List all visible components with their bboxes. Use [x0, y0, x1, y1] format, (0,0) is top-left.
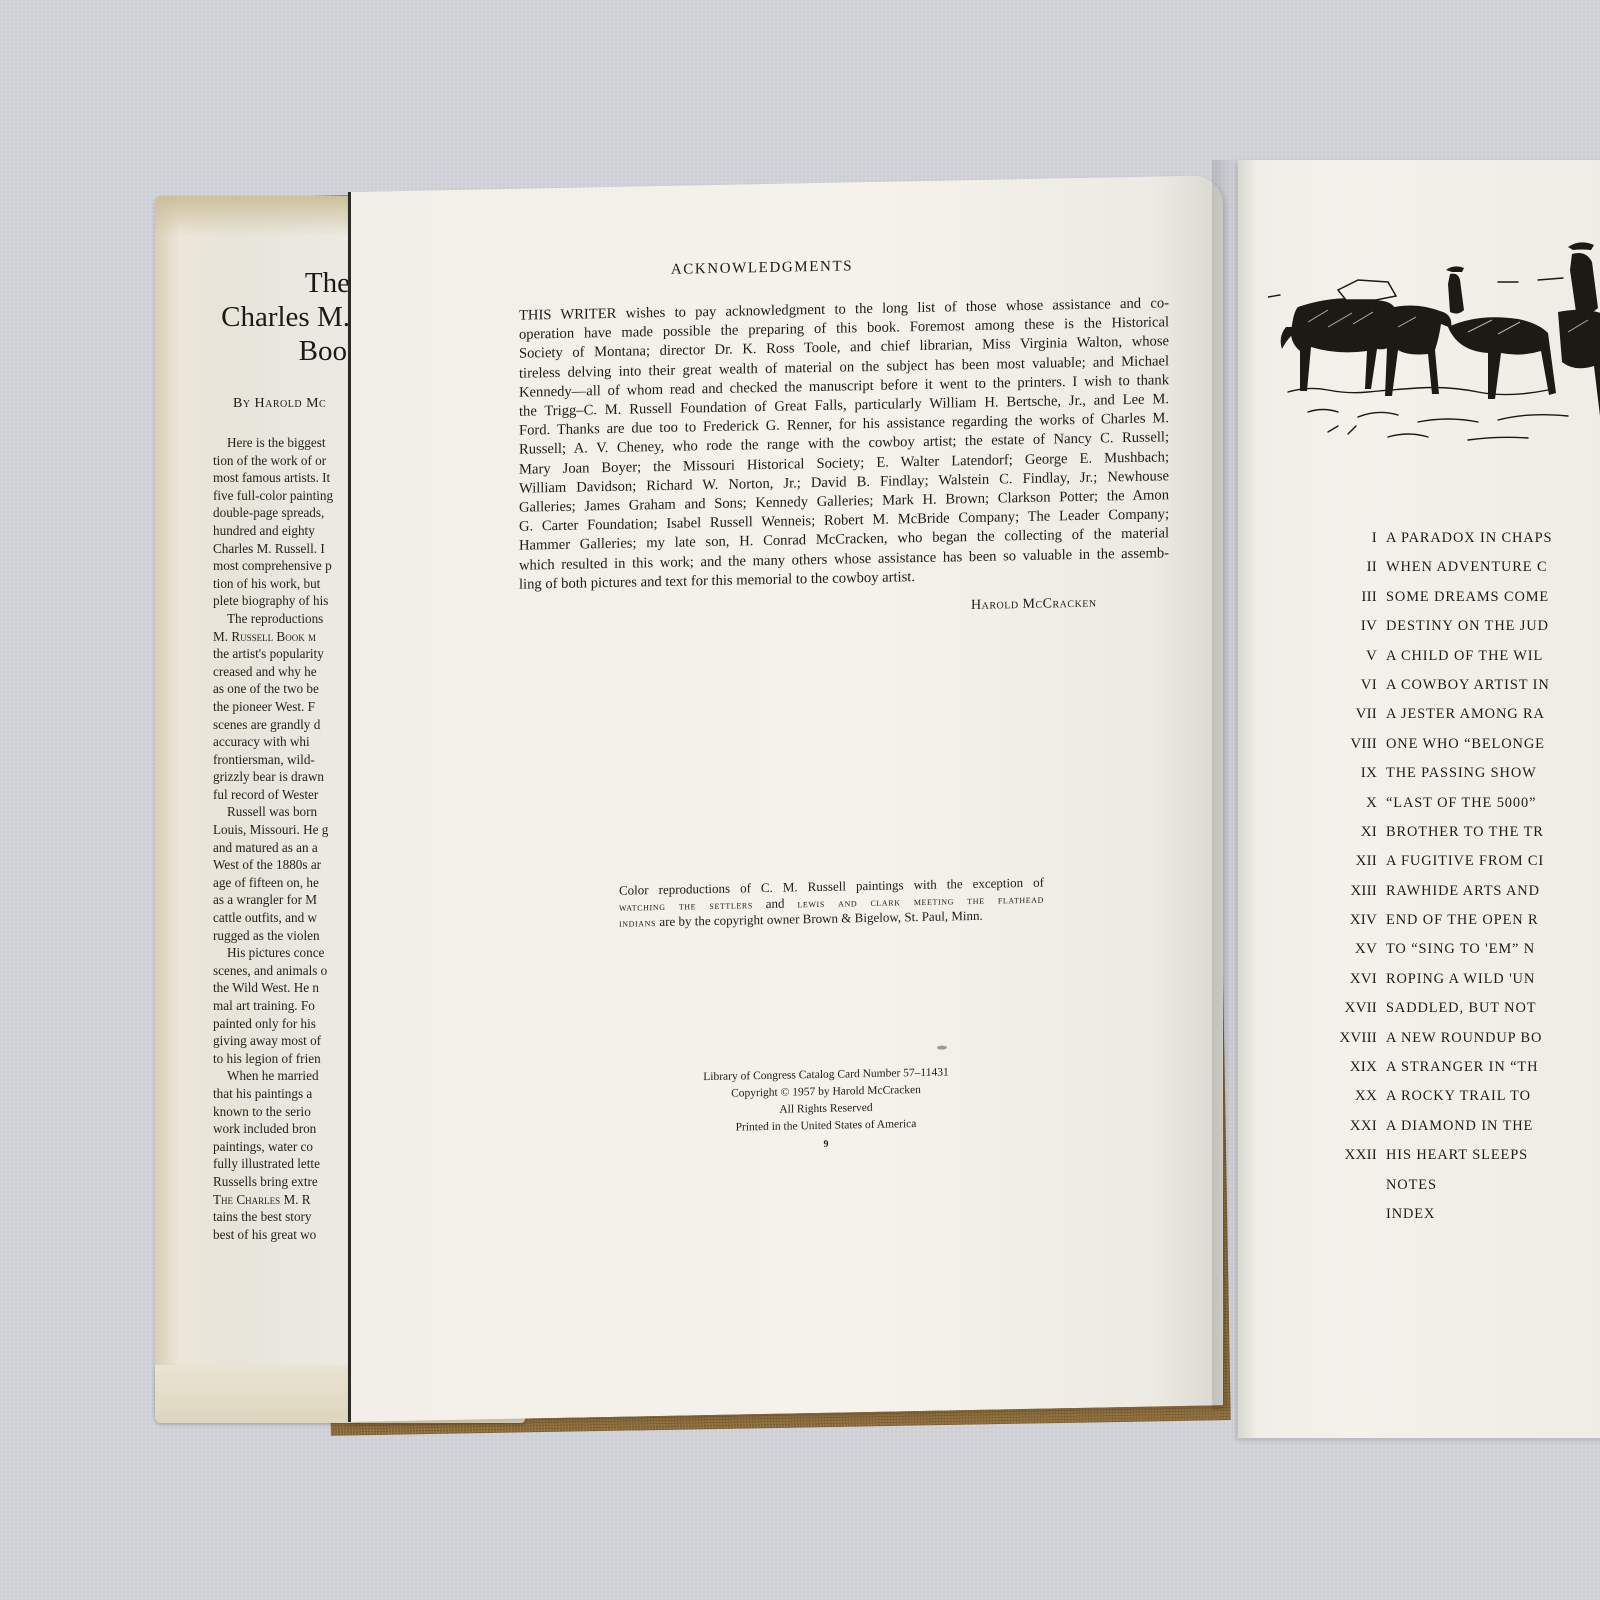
jacket-blurb-line: scenes, and animals o	[213, 962, 355, 980]
toc-entry: X“LAST OF THE 5000”	[1330, 795, 1600, 824]
toc-entry: XVTO “SING TO 'EM” N	[1330, 941, 1600, 970]
jacket-blurb-line: ful record of Wester	[213, 786, 355, 804]
chapter-number: VI	[1330, 677, 1386, 694]
jacket-blurb-line: the Wild West. He n	[213, 979, 355, 997]
toc-entry: XXIA DIAMOND IN THE	[1330, 1118, 1600, 1147]
chapter-title: WHEN ADVENTURE C	[1386, 559, 1548, 576]
chapter-number: I	[1330, 530, 1386, 547]
toc-entry: XVIIIA NEW ROUNDUP BO	[1330, 1030, 1600, 1059]
jacket-blurb-line: the artist's popularity	[213, 645, 355, 663]
jacket-blurb-line: frontiersman, wild-	[213, 751, 355, 769]
color-reproduction-credits: Color reproductions of C. M. Russell pai…	[619, 875, 1044, 931]
chapter-number: XX	[1330, 1088, 1386, 1105]
chapter-title: TO “SING TO 'EM” N	[1386, 941, 1535, 958]
chapter-number: XXI	[1330, 1118, 1386, 1135]
chapter-number: XIX	[1330, 1059, 1386, 1076]
chapter-number: X	[1330, 795, 1386, 812]
toc-entry: NOTES	[1330, 1177, 1600, 1206]
acknowledgments-text: THIS WRITER wishes to pay acknowledgment…	[519, 294, 1169, 595]
jacket-blurb-line: most famous artists. It	[213, 469, 355, 487]
toc-entry: VIIIONE WHO “BELONGE	[1330, 736, 1600, 765]
chapter-title: A ROCKY TRAIL TO	[1386, 1088, 1531, 1105]
chapter-number: XII	[1330, 853, 1386, 870]
jacket-blurb-line: as a wrangler for M	[213, 891, 355, 909]
jacket-blurb-line: cattle outfits, and w	[213, 909, 355, 927]
jacket-blurb-line: mal art training. Fo	[213, 997, 355, 1015]
jacket-blurb-line: The reproductions	[213, 610, 355, 628]
chapter-title: A PARADOX IN CHAPS	[1386, 530, 1552, 547]
chapter-title: A JESTER AMONG RA	[1386, 706, 1545, 723]
jacket-blurb-line: paintings, water co	[213, 1138, 355, 1156]
chapter-number: VIII	[1330, 736, 1386, 753]
chapter-title: A FUGITIVE FROM CI	[1386, 853, 1544, 870]
jacket-blurb-line: as one of the two be	[213, 680, 355, 698]
chapter-number: XIV	[1330, 912, 1386, 929]
jacket-blurb-line: When he married	[213, 1067, 355, 1085]
chapter-title: DESTINY ON THE JUD	[1386, 618, 1549, 635]
jacket-blurb-line: tains the best story	[213, 1208, 355, 1226]
toc-entry: XXA ROCKY TRAIL TO	[1330, 1088, 1600, 1117]
chapter-title: A CHILD OF THE WIL	[1386, 648, 1543, 665]
jacket-blurb-line: plete biography of his	[213, 592, 355, 610]
toc-entry: XVIROPING A WILD 'UN	[1330, 971, 1600, 1000]
jacket-blurb-line: fully illustrated lette	[213, 1155, 355, 1173]
jacket-blurb-line: West of the 1880s ar	[213, 856, 355, 874]
toc-entry: IXTHE PASSING SHOW	[1330, 765, 1600, 794]
dust-jacket-flap: The Charles M. Boo By Harold Mc Here is …	[155, 196, 355, 1418]
jacket-blurb-line: the pioneer West. F	[213, 698, 355, 716]
page-title: ACKNOWLEDGMENTS	[326, 252, 1198, 286]
toc-entry: IVDESTINY ON THE JUD	[1330, 618, 1600, 647]
jacket-blurb-line: accuracy with whi	[213, 733, 355, 751]
jacket-blurb-line: that his paintings a	[213, 1085, 355, 1103]
chapter-number: XXII	[1330, 1147, 1386, 1164]
toc-entry: XIIA FUGITIVE FROM CI	[1330, 853, 1600, 882]
chapter-title: A STRANGER IN “TH	[1386, 1059, 1538, 1076]
chapter-title: RAWHIDE ARTS AND	[1386, 883, 1540, 900]
jacket-worn-edge	[155, 196, 355, 236]
jacket-blurb-line: M. Russell Book m	[213, 628, 355, 646]
chapter-number: IX	[1330, 765, 1386, 782]
credits-conjunction: and	[753, 895, 798, 911]
jacket-blurb-line: Here is the biggest	[213, 434, 355, 452]
jacket-title-line: Boo	[205, 334, 355, 368]
chapter-number: V	[1330, 648, 1386, 665]
chapter-title: A DIAMOND IN THE	[1386, 1118, 1533, 1135]
toc-entry: XIIIRAWHIDE ARTS AND	[1330, 883, 1600, 912]
toc-entry: IA PARADOX IN CHAPS	[1330, 530, 1600, 559]
copyright-block: Library of Congress Catalog Card Number …	[691, 1064, 961, 1155]
book-photo: The Charles M. Boo By Harold Mc Here is …	[0, 0, 1600, 1600]
gutter-shadow	[1212, 160, 1248, 1410]
chapter-number: XVI	[1330, 971, 1386, 988]
jacket-byline: By Harold Mc	[233, 396, 326, 412]
jacket-blurb-line: giving away most of	[213, 1032, 355, 1050]
paper-smudge	[937, 1045, 947, 1049]
painting-title: watching the settlers	[619, 897, 753, 914]
chapter-title: A COWBOY ARTIST IN	[1386, 677, 1550, 694]
chapter-number: VII	[1330, 706, 1386, 723]
chapter-title: NOTES	[1386, 1177, 1437, 1194]
chapter-title: END OF THE OPEN R	[1386, 912, 1539, 929]
chapter-title: HIS HEART SLEEPS	[1386, 1147, 1528, 1164]
toc-entry: XXIIHIS HEART SLEEPS	[1330, 1147, 1600, 1176]
toc-entry: IIISOME DREAMS COME	[1330, 589, 1600, 618]
jacket-blurb-line: Louis, Missouri. He g	[213, 821, 355, 839]
jacket-blurb-line: to his legion of frien	[213, 1050, 355, 1068]
jacket-blurb-line: work included bron	[213, 1120, 355, 1138]
jacket-blurb-line: double-page spreads,	[213, 504, 355, 522]
chapter-title: SADDLED, BUT NOT	[1386, 1000, 1536, 1017]
jacket-blurb-line: tion of the work of or	[213, 452, 355, 470]
toc-entry: INDEX	[1330, 1206, 1600, 1235]
jacket-blurb-line: creased and why he	[213, 663, 355, 681]
toc-entry: IIWHEN ADVENTURE C	[1330, 559, 1600, 588]
chapter-number: XV	[1330, 941, 1386, 958]
jacket-blurb-line: The Charles M. R	[213, 1191, 355, 1209]
chapter-number: II	[1330, 559, 1386, 576]
chapter-title: A NEW ROUNDUP BO	[1386, 1030, 1542, 1047]
jacket-blurb-line: Charles M. Russell. I	[213, 540, 355, 558]
toc-entry: XIBROTHER TO THE TR	[1330, 824, 1600, 853]
jacket-title-line: Charles M.	[205, 300, 355, 334]
jacket-blurb: Here is the biggesttion of the work of o…	[213, 434, 355, 1243]
toc-entry: XVIISADDLED, BUT NOT	[1330, 1000, 1600, 1029]
jacket-blurb-line: scenes are grandly d	[213, 716, 355, 734]
cowboys-pack-horses-sketch-icon	[1268, 232, 1600, 447]
chapter-title: INDEX	[1386, 1206, 1435, 1223]
table-of-contents: IA PARADOX IN CHAPSIIWHEN ADVENTURE CIII…	[1330, 530, 1600, 1235]
acknowledgments-page: ACKNOWLEDGMENTS THIS WRITER wishes to pa…	[348, 175, 1223, 1422]
jacket-blurb-line: hundred and eighty	[213, 522, 355, 540]
jacket-blurb-line: rugged as the violen	[213, 927, 355, 945]
jacket-blurb-line: age of fifteen on, he	[213, 874, 355, 892]
toc-entry: VA CHILD OF THE WIL	[1330, 648, 1600, 677]
chapter-title: BROTHER TO THE TR	[1386, 824, 1544, 841]
toc-entry: XIXA STRANGER IN “TH	[1330, 1059, 1600, 1088]
chapter-number: XI	[1330, 824, 1386, 841]
chapter-title: SOME DREAMS COME	[1386, 589, 1549, 606]
jacket-blurb-line: best of his great wo	[213, 1226, 355, 1244]
jacket-blurb-line: His pictures conce	[213, 944, 355, 962]
jacket-blurb-line: most comprehensive p	[213, 557, 355, 575]
toc-entry: VIA COWBOY ARTIST IN	[1330, 677, 1600, 706]
chapter-number: XIII	[1330, 883, 1386, 900]
chapter-title: ROPING A WILD 'UN	[1386, 971, 1535, 988]
jacket-blurb-line: and matured as an a	[213, 839, 355, 857]
chapter-number: III	[1330, 589, 1386, 606]
chapter-title: “LAST OF THE 5000”	[1386, 795, 1536, 812]
painting-title: indians	[619, 915, 656, 930]
chapter-number: XVII	[1330, 1000, 1386, 1017]
toc-entry: XIVEND OF THE OPEN R	[1330, 912, 1600, 941]
chapter-number: XVIII	[1330, 1030, 1386, 1047]
jacket-blurb-line: Russells bring extre	[213, 1173, 355, 1191]
jacket-blurb-line: Russell was born	[213, 803, 355, 821]
chapter-title: ONE WHO “BELONGE	[1386, 736, 1545, 753]
jacket-blurb-line: known to the serio	[213, 1103, 355, 1121]
jacket-blurb-line: painted only for his	[213, 1015, 355, 1033]
jacket-blurb-line: grizzly bear is drawn	[213, 768, 355, 786]
chapter-number: IV	[1330, 618, 1386, 635]
jacket-blurb-line: five full-color painting	[213, 487, 355, 505]
chapter-title: THE PASSING SHOW	[1386, 765, 1537, 782]
toc-entry: VIIA JESTER AMONG RA	[1330, 706, 1600, 735]
jacket-blurb-line: tion of his work, but	[213, 575, 355, 593]
author-signature: Harold McCracken	[971, 596, 1097, 614]
